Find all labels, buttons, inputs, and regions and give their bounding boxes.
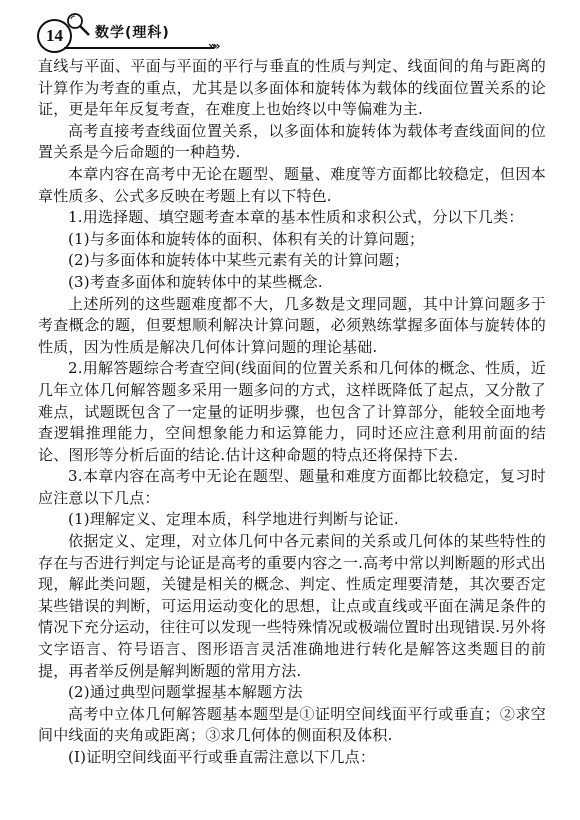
header-rule bbox=[64, 47, 214, 49]
paragraph: 直线与平面、平面与平面的平行与垂直的性质与判定、线面间的角与距离的计算作为考查的… bbox=[38, 56, 546, 121]
paragraph: 依据定义、定理，对立体几何中各元素间的关系或几何体的某些特性的存在与否进行判定与… bbox=[38, 531, 546, 682]
subject-title: 数学(理科) bbox=[95, 22, 170, 42]
paragraph: 2.用解答题综合考查空间(线面间的位置关系和几何体的概念、性质，近几年立体几何解… bbox=[38, 358, 546, 466]
list-item: (2)通过典型问题掌握基本解题方法 bbox=[38, 682, 546, 704]
paragraph: 高考直接考查线面位置关系，以多面体和旋转体为载体考查线面间的位置关系是今后命题的… bbox=[38, 121, 546, 164]
paragraph: 高考中立体几何解答题基本题型是①证明空间线面平行或垂直；②求空间中线面的夹角或距… bbox=[38, 704, 546, 747]
arrows-icon: »» bbox=[208, 39, 218, 53]
paragraph: 3.本章内容在高考中无论在题型、题量和难度方面都比较稳定，复习时应注意以下几点： bbox=[38, 466, 546, 509]
list-item: (1)与多面体和旋转体的面积、体积有关的计算问题； bbox=[38, 229, 546, 251]
paragraph: 上述所列的这些题难度都不大，几多数是文理同题，其中计算问题多于考查概念的题，但要… bbox=[38, 294, 546, 359]
list-item: (3)考查多面体和旋转体中的某些概念. bbox=[38, 272, 546, 294]
paragraph: 本章内容在高考中无论在题型、题量、难度等方面都比较稳定，但因本章性质多、公式多反… bbox=[38, 164, 546, 207]
magnifier-icon bbox=[63, 10, 93, 40]
list-heading: 1.用选择题、填空题考查本章的基本性质和求积公式，分以下几类： bbox=[38, 207, 546, 229]
list-item: (Ⅰ)证明空间线面平行或垂直需注意以下几点： bbox=[38, 747, 546, 769]
body-text: 直线与平面、平面与平面的平行与垂直的性质与判定、线面间的角与距离的计算作为考查的… bbox=[38, 56, 546, 769]
list-item: (1)理解定义、定理本质，科学地进行判断与论证. bbox=[38, 509, 546, 531]
list-item: (2)与多面体和旋转体中某些元素有关的计算问题； bbox=[38, 250, 546, 272]
page-header: 14 数学(理科) »» bbox=[0, 0, 580, 56]
